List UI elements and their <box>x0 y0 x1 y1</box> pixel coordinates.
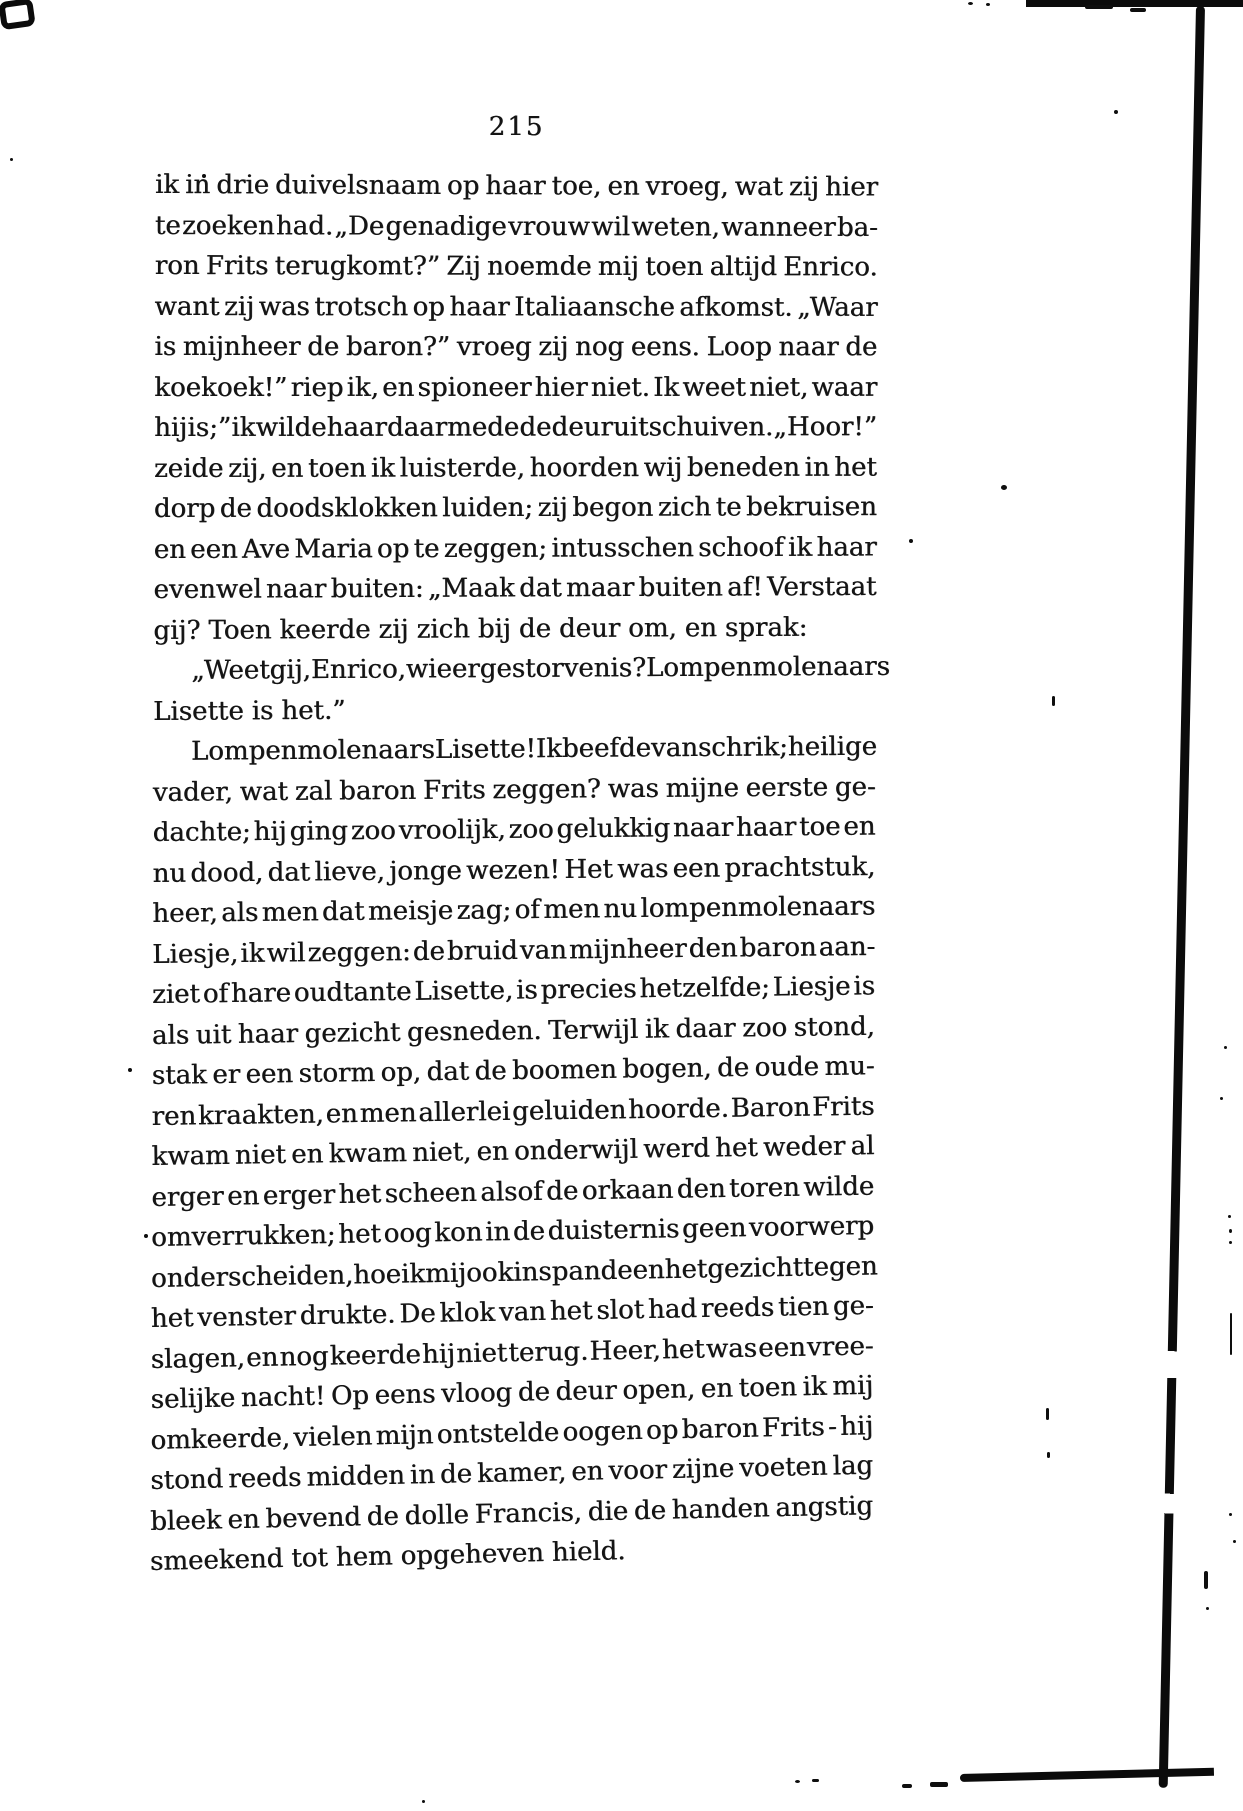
scan-speck <box>986 3 990 6</box>
page-number: 215 <box>155 112 878 142</box>
text-line: wantzijwastrotschophaarItaliaanscheafkom… <box>155 287 878 328</box>
text-line: Lisetteishet.” <box>153 687 876 732</box>
text-block: ikindrieduivelsnaamophaartoe,envroeg,wat… <box>155 165 878 1583</box>
scan-speck <box>1046 1408 1049 1420</box>
text-line: koekoek!”riepik,enspioneerhierniet.Ikwee… <box>154 367 877 408</box>
scan-speck <box>1114 110 1118 114</box>
scan-speck <box>1130 8 1146 12</box>
scan-speck <box>1052 696 1055 706</box>
scan-speck <box>1228 1215 1231 1218</box>
text-line: vader,watzalbaronFritszeggen?wasmijneeer… <box>153 767 876 813</box>
scan-speck <box>202 174 206 178</box>
scan-speck <box>1001 485 1007 490</box>
scan-speck <box>1206 1607 1209 1610</box>
scan-speck <box>1230 1313 1232 1355</box>
text-line: eneenAveMariaoptezeggen;intusschenschoof… <box>154 527 877 570</box>
scan-speck <box>812 1779 819 1782</box>
scan-speck <box>1220 1097 1223 1100</box>
scan-speck <box>902 1784 912 1788</box>
scan-artifact-bottom-edge-line <box>960 1768 1214 1782</box>
scan-speck <box>144 1234 148 1238</box>
scan-artifact-bottom-blob <box>0 0 36 30</box>
text-line: gij?Toenkeerdezijzichbijdedeurom,ensprak… <box>153 607 876 651</box>
text-line: evenwelnaarbuiten:„Maakdatmaarbuitenaf!V… <box>153 567 876 611</box>
scan-speck <box>930 1782 948 1787</box>
scan-speck <box>1204 1571 1208 1589</box>
text-line: ismijnheerdebaron?”vroegzijnogeens.Loopn… <box>154 327 877 368</box>
scan-speck <box>795 1780 800 1783</box>
scan-speck <box>1233 1540 1236 1543</box>
scan-speck <box>1229 1241 1232 1244</box>
paragraph: „Weetgij,Enrico,wieergestorvenis?Lompenm… <box>155 651 878 732</box>
text-line: dachte;hijgingzoovroolijk,zoogelukkignaa… <box>152 807 875 854</box>
text-line: LompenmolenaarsLisette!Ikbeefdevanschrik… <box>153 727 876 773</box>
scan-speck <box>128 1068 132 1072</box>
scan-speck <box>1224 1046 1227 1049</box>
scanned-book-page: 215 ikindrieduivelsnaamophaartoe,envroeg… <box>0 0 1243 1811</box>
text-line: ronFritsterugkomt?”Zijnoemdemijtoenaltij… <box>155 246 878 288</box>
text-line: zeidezij,entoenikluisterde,hoordenwijben… <box>154 447 877 489</box>
scan-speck <box>422 1800 425 1803</box>
text-line: dorpdedoodsklokkenluiden;zijbegonzichteb… <box>154 487 877 529</box>
text-line: hijis;”ikwildehaardaarmedededeuruitschui… <box>154 407 877 448</box>
scan-speck <box>10 158 13 161</box>
text-line: tezoekenhad.„Degenadigevrouwwilweten,wan… <box>155 206 878 248</box>
paragraph: ikindrieduivelsnaamophaartoe,envroeg,wat… <box>155 165 878 651</box>
scan-speck <box>909 539 913 543</box>
paragraph: LompenmolenaarsLisette!Ikbeefdevanschrik… <box>155 732 878 1583</box>
scan-artifact-top-edge-line <box>1026 0 1243 7</box>
scan-speck <box>1229 1513 1232 1516</box>
scan-speck <box>968 2 973 5</box>
scan-speck <box>1047 1452 1050 1458</box>
scan-speck <box>1229 1229 1232 1233</box>
scan-artifact-right-edge-line <box>1159 6 1205 1788</box>
scan-speck <box>1085 5 1113 9</box>
text-line: ikindrieduivelsnaamophaartoe,envroeg,wat… <box>155 165 878 208</box>
text-line: „Weetgij,Enrico,wieergestorvenis?Lompenm… <box>153 647 876 692</box>
